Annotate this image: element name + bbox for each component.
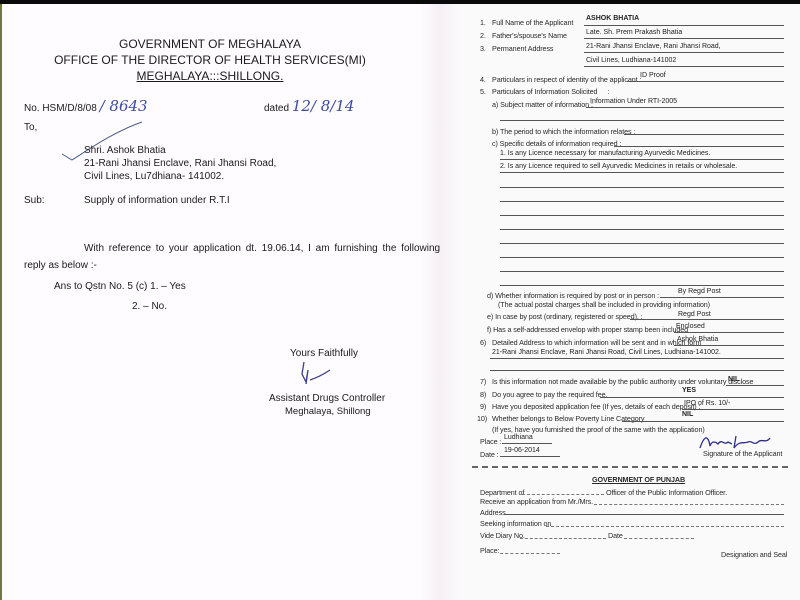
recipient-address-line2: Civil Lines, Lu7dhiana- 141002.	[84, 171, 224, 182]
form-blank-line	[500, 120, 784, 121]
receipt-place-label: Place:	[480, 546, 499, 555]
form-q5d-note: (The actual postal charges shall be incl…	[498, 300, 710, 309]
form-q5f-label: f) Has a self-addressed envelop with pro…	[487, 325, 688, 334]
letter-header-office: OFFICE OF THE DIRECTOR OF HEALTH SERVICE…	[0, 53, 420, 67]
form-detail-2-line	[500, 172, 784, 173]
receipt-date-label: Date	[608, 531, 623, 540]
form-place-line	[502, 443, 552, 444]
dated-handwritten: 12/ 8/14	[292, 97, 355, 115]
form-q1-value: ASHOK BHATIA	[586, 15, 639, 22]
subject-label: Sub:	[24, 195, 45, 206]
form-q5-label: 5.Particulars of Information Solicited :	[480, 87, 609, 96]
form-date-label: Date :	[480, 450, 499, 459]
form-blank-line	[500, 201, 784, 202]
letter-date: dated 12/ 8/14	[264, 97, 354, 115]
reply-letter-page	[2, 4, 432, 600]
dated-label: dated	[264, 103, 289, 114]
receipt-diary-label: Vide Diary No.	[480, 531, 525, 540]
form-q3-value: 21-Rani Jhansi Enclave, Rani Jhansi Road…	[586, 43, 721, 50]
form-detail-1: 1. Is any Licence necessary for manufact…	[500, 150, 710, 157]
form-q1-label: 1.Full Name of the Applicant	[480, 18, 573, 27]
answer-1: Ans to Qstn No. 5 (c) 1. – Yes	[54, 281, 186, 292]
closing-yours-faithfully: Yours Faithfully	[290, 348, 358, 359]
receipt-seeking-line	[546, 526, 784, 527]
form-q5a-line	[586, 107, 784, 108]
body-line-1: With reference to your application dt. 1…	[84, 243, 440, 254]
form-q4-label: 4.Particulars in respect of identity of …	[480, 75, 641, 84]
reference-number: No. HSM/D/8/08 / 8643	[24, 97, 148, 115]
form-q8-label: 8)Do you agree to pay the required fee.	[480, 390, 607, 399]
form-q7-value: NIL	[728, 376, 739, 383]
form-blank-line	[490, 370, 784, 371]
receipt-department-line	[522, 494, 604, 495]
form-date-value: 19-06-2014	[504, 447, 540, 454]
form-q7-line	[726, 385, 784, 386]
form-q9-line	[682, 409, 784, 410]
form-q6-line	[674, 345, 784, 346]
reference-number-handwritten: / 8643	[100, 97, 148, 115]
recipient-address-line1: 21-Rani Jhansi Enclave, Rani Jhansi Road…	[84, 158, 276, 169]
receipt-place-line	[500, 553, 560, 554]
answer-2: 2. – No.	[132, 301, 167, 312]
receipt-title: GOVERNMENT OF PUNJAB	[592, 475, 685, 484]
form-q3-value-line2: Civil Lines, Ludhiana-141002	[586, 57, 676, 64]
form-q2-value: Late. Sh. Prem Prakash Bhatia	[586, 29, 682, 36]
form-q5e-label: e) In case by post (ordinary, registered…	[487, 312, 643, 321]
form-q6-label: 6)Detailed Address to which information …	[480, 338, 701, 347]
receipt-address-line	[504, 514, 784, 515]
receipt-seeking-label: Seeking information on	[480, 519, 551, 528]
form-blank-line	[500, 271, 784, 272]
form-blank-line	[500, 187, 784, 188]
form-q2-label: 2.Father's/spouse's Name	[480, 31, 567, 40]
form-q4-line	[627, 81, 784, 82]
letter-header-location-text: MEGHALAYA:::SHILLONG.	[137, 69, 284, 83]
signatory-title: Assistant Drugs Controller	[269, 393, 385, 404]
form-q3-line	[584, 52, 784, 53]
form-q5d-line	[660, 297, 784, 298]
form-q6-value: Ashok Bhatia	[677, 336, 718, 343]
form-q4-value: ID Proof	[640, 72, 666, 79]
body-line-2: reply as below :-	[24, 260, 97, 271]
form-q8-line	[600, 397, 784, 398]
form-q5a-value: Information Under RTI-2005	[590, 98, 677, 105]
form-q5e-line	[630, 319, 784, 320]
signatory-place: Meghalaya, Shillong	[285, 406, 371, 417]
reference-prefix: No. HSM/D/8/08	[24, 103, 97, 114]
form-q1-line	[584, 25, 784, 26]
receipt-address-label: Address	[480, 508, 506, 517]
form-q9-value: IPO of Rs. 10/-	[684, 400, 730, 407]
page-fold-shadow	[420, 4, 460, 600]
form-blank-line	[500, 243, 784, 244]
receipt-officer-label: Officer of the Public Information Office…	[606, 488, 727, 497]
receipt-department-label: Department of	[480, 488, 524, 497]
subject-text: Supply of information under R.T.I	[84, 195, 230, 206]
form-q5e-value: Regd Post	[678, 311, 711, 318]
form-q8-value: YES	[682, 387, 696, 394]
form-q5d-label: d) Whether information is required by po…	[487, 291, 659, 300]
form-place-value: Ludhiana	[504, 434, 533, 441]
receipt-designation-label: Designation and Seal	[721, 550, 787, 559]
form-q2-line	[584, 38, 784, 39]
form-q5a-label: a) Subject matter of information :	[492, 100, 593, 109]
form-date-line	[500, 456, 560, 457]
form-q5f-value: Enclosed	[676, 323, 705, 330]
receipt-diary-line	[520, 538, 606, 539]
form-q9-label: 9)Have you deposited application fee (If…	[480, 402, 700, 411]
form-q3-line2	[584, 66, 784, 67]
form-q6-address-line	[490, 358, 784, 359]
form-q10-value: NIL	[682, 411, 693, 418]
letter-header-government: GOVERNMENT OF MEGHALAYA	[0, 37, 420, 51]
cut-line	[472, 466, 788, 468]
form-q5d-value: By Regd Post	[678, 288, 721, 295]
form-blank-line	[500, 215, 784, 216]
form-q5b-label: b) The period to which the information r…	[492, 127, 635, 136]
recipient-name: Shri. Ashok Bhatia	[84, 145, 166, 156]
form-q10-line	[622, 421, 784, 422]
form-blank-line	[500, 229, 784, 230]
letter-header-location: MEGHALAYA:::SHILLONG.	[0, 69, 420, 83]
form-q10-label: 10)Whether belongs to Below Poverty Line…	[477, 414, 644, 423]
form-q5f-line	[674, 332, 784, 333]
form-q10-note: (If yes, have you furnished the proof of…	[492, 425, 705, 434]
form-q3-label: 3.Permanent Address	[480, 44, 553, 53]
to-label: To,	[24, 122, 37, 133]
form-blank-line	[500, 285, 784, 286]
receipt-date-line	[624, 538, 694, 539]
form-detail-1-line	[500, 159, 784, 160]
officer-signature-icon	[296, 360, 336, 388]
form-place-label: Place :	[480, 437, 501, 446]
form-q7-label: 7)Is this information not made available…	[480, 377, 753, 386]
form-signature-label: Signature of the Applicant	[703, 449, 782, 458]
form-q5c-line	[614, 146, 784, 147]
form-q5c-label: c) Specific details of information requi…	[492, 139, 621, 148]
receipt-applicant-line	[594, 504, 784, 505]
form-q5b-line	[624, 134, 784, 135]
form-blank-line	[500, 257, 784, 258]
form-detail-2: 2. Is any Licence required to sell Ayurv…	[500, 163, 737, 170]
form-q6-address: 21-Rani Jhansi Enclave, Rani Jhansi Road…	[492, 349, 721, 356]
receipt-applicant-label: Receive an application from Mr./Mrs.	[480, 497, 593, 506]
